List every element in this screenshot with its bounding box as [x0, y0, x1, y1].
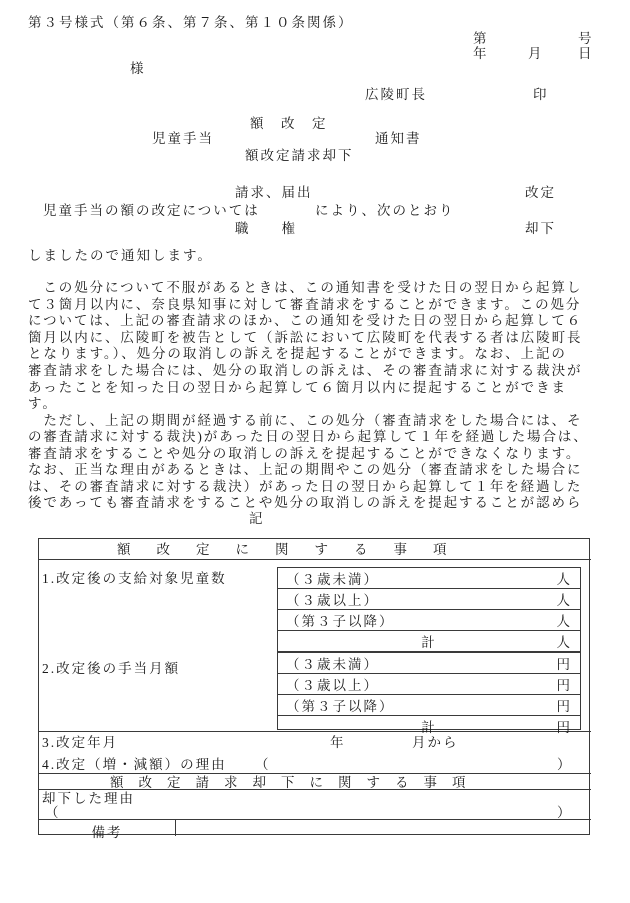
date-day-label: 日 — [578, 46, 594, 61]
unit-label: 人 — [557, 589, 581, 609]
table-divider — [38, 559, 591, 560]
item3-year: 年 — [330, 735, 346, 750]
addressee-honorific: 様 — [130, 61, 146, 76]
unit-label: 人 — [557, 610, 581, 630]
subtable-total-row: 計 円 — [278, 716, 580, 736]
notice-line: 箇月以内に、広陵町を被告として（訴訟において広陵町を代表する者は広陵町長 — [28, 330, 582, 345]
section2-header: 額改定請求却下に関する事項 — [110, 775, 481, 790]
subtable-row: （３歳未満） 円 — [278, 653, 580, 674]
age-band-label: （３歳未満） — [278, 568, 379, 588]
table-divider — [38, 819, 591, 820]
item1-label: 1.改定後の支給対象児童数 — [42, 571, 227, 586]
lead-option-authority: 職 権 — [235, 221, 297, 236]
notice-line: て３箇月以内に、奈良県知事に対して審査請求をすることができます。この処分 — [28, 297, 581, 312]
lead-option-request: 請求、届出 — [235, 185, 313, 200]
title-option-revision-rejection: 額改定請求却下 — [245, 148, 354, 163]
lead-option-reject: 却下 — [525, 221, 556, 236]
age-band-label: （３歳未満） — [278, 653, 379, 673]
issuer-title: 広陵町長 — [365, 87, 427, 102]
age-band-label: （３歳以上） — [278, 674, 379, 694]
age-band-label: （第３子以降） — [278, 610, 395, 630]
seal-label: 印 — [533, 87, 549, 102]
remarks-cell-divider — [175, 819, 176, 836]
lead-closing: しましたので通知します。 — [28, 248, 213, 263]
title-option-amount-revision: 額 改 定 — [250, 116, 328, 131]
total-label: 計 — [278, 716, 580, 736]
unit-label: 円 — [557, 695, 581, 715]
notice-line: ただし、上記の期間が経過する前に、この処分（審査請求をした場合には、そ — [28, 413, 582, 428]
ki-heading: 記 — [249, 511, 265, 526]
notice-line: となります。）、処分の取消しの訴えを提起することができます。なお、上記の — [28, 346, 567, 361]
notice-line: 審査請求をすることや処分の取消しの訴えを提起することができなくなります。 — [28, 446, 581, 461]
notice-line: については、上記の審査請求のほか、この通知を受けた日の翌日から起算して６ — [28, 313, 582, 328]
notice-line: なお、正当な理由があるときは、上記の期間やこの処分（審査請求をした場合に — [28, 462, 582, 477]
subtable-row: （第３子以降） 円 — [278, 695, 580, 716]
unit-label: 円 — [557, 674, 581, 694]
date-month-label: 月 — [528, 46, 544, 61]
remarks-label: 備考 — [39, 821, 175, 841]
section1-header: 額改定に関する事項 — [117, 542, 473, 557]
item4-close-paren: ） — [557, 757, 573, 772]
subtable-row: （３歳以上） 円 — [278, 674, 580, 695]
rejection-reason-label: 却下した理由 — [42, 791, 135, 806]
notice-line: は、その審査請求に対する裁決）があった日の翌日から起算して１年を経過した — [28, 479, 582, 494]
item2-label: 2.改定後の手当月額 — [42, 661, 180, 676]
lead-main: 児童手当の額の改定については — [43, 203, 260, 218]
item3-label: 3.改定年月 — [42, 735, 118, 750]
unit-label: 円 — [557, 653, 581, 673]
form-style-note: 第３号様式（第６条、第７条、第１０条関係） — [28, 15, 354, 30]
age-band-label: （３歳以上） — [278, 589, 379, 609]
doc-number-suffix: 号 — [578, 31, 594, 46]
rejection-close-paren: ） — [557, 805, 573, 820]
notice-line: の審査請求に対する裁決)があった日の翌日から起算して１年を経過した場合は、 — [28, 429, 589, 444]
subtable-row: （３歳未満） 人 — [278, 568, 580, 589]
lead-option-revise: 改定 — [525, 185, 556, 200]
notice-line: す。 — [28, 396, 58, 411]
rejection-open-paren: （ — [45, 805, 61, 820]
item3-month: 月から — [412, 735, 459, 750]
title-suffix: 通知書 — [375, 131, 422, 146]
item4-label: 4.改定（増・減額）の理由 — [42, 757, 227, 772]
notice-line: 審査請求をした場合には、処分の取消しの訴えは、その審査請求に対する裁決が — [28, 363, 582, 378]
lead-connector: により、次のとおり — [315, 203, 455, 218]
unit-label: 人 — [557, 568, 581, 588]
notification-form-page: 第３号様式（第６条、第７条、第１０条関係） 第 号 年 月 日 様 広陵町長 印… — [0, 0, 630, 903]
notice-line: この処分について不服があるときは、この通知書を受けた日の翌日から起算し — [28, 280, 582, 295]
total-label: 計 — [278, 631, 580, 651]
date-year-label: 年 — [473, 46, 489, 61]
subtable-row: （第３子以降） 人 — [278, 610, 580, 631]
table-divider — [38, 773, 591, 774]
subtable-row: （３歳以上） 人 — [278, 589, 580, 610]
item4-open-paren: （ — [255, 757, 271, 772]
count-amount-subtable: （３歳未満） 人 （３歳以上） 人 （第３子以降） 人 計 人 （３歳未満） 円… — [277, 567, 581, 730]
notice-line: あったことを知った日の翌日から起算して６箇月以内に提起することができま — [28, 380, 567, 395]
doc-number-prefix: 第 — [473, 31, 489, 46]
subtable-total-row: 計 人 — [278, 631, 580, 652]
age-band-label: （第３子以降） — [278, 695, 395, 715]
notice-line: 後であっても審査請求をすることや処分の取消しの訴えを提起することが認めら — [28, 495, 582, 510]
title-prefix: 児童手当 — [152, 131, 214, 146]
